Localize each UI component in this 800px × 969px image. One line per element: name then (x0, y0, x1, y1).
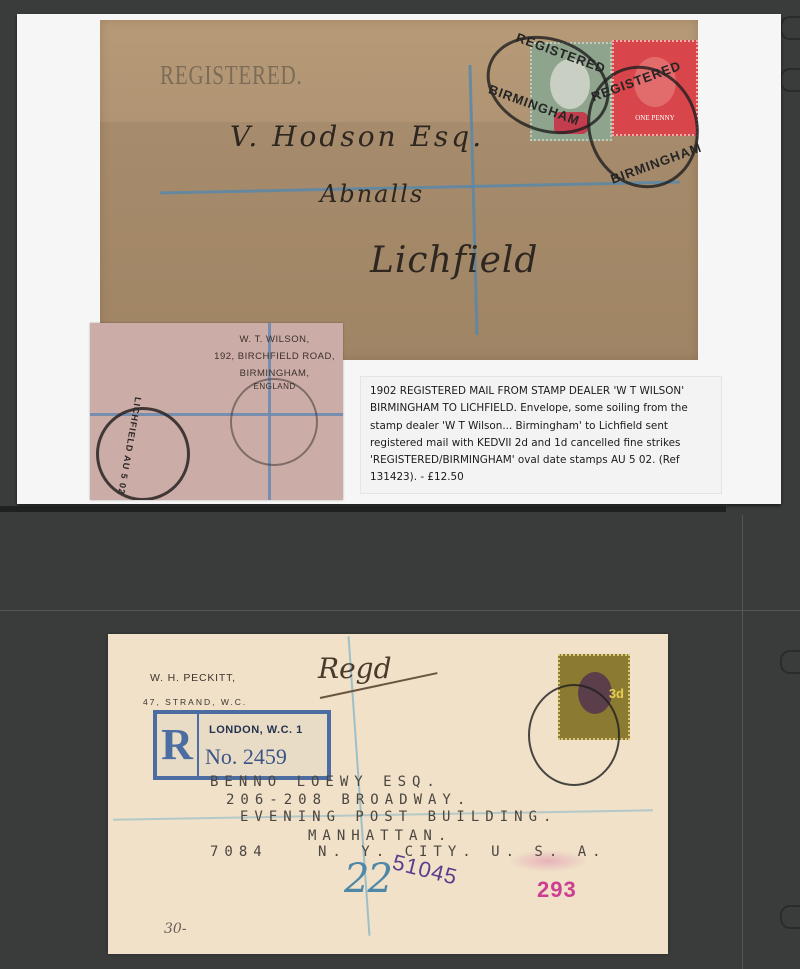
album-strip-divider (0, 610, 800, 611)
label-office: LONDON, W.C. 1 (209, 724, 303, 736)
typed-address-line: EVENING POST BUILDING. (240, 809, 557, 825)
album-strip-divider (742, 515, 743, 969)
label-number: No. 2459 (205, 744, 287, 770)
magenta-smudge (508, 850, 588, 872)
binder-hole (780, 16, 800, 40)
lot2-envelope[interactable]: W. H. PECKITT, 47, STRAND, W.C. Regd R L… (108, 634, 668, 954)
typed-address-line: BENNO LOEWY ESQ. (210, 774, 441, 790)
lot1-envelope-back[interactable]: W. T. WILSON, 192, BIRCHFIELD ROAD, BIRM… (90, 323, 343, 500)
circular-postmark (528, 684, 620, 786)
manuscript-number: 22 (344, 856, 391, 902)
pencil-price: 30- (164, 921, 187, 937)
sender-name: W. H. PECKITT, (150, 672, 236, 684)
typed-address-line: MANHATTAN. (308, 828, 452, 844)
sender-address: 47, STRAND, W.C. (143, 697, 247, 707)
sender-line: W. T. WILSON, (214, 331, 335, 348)
registration-r-icon: R (157, 714, 199, 776)
circular-postmark (96, 407, 190, 500)
handwritten-regd: Regd (318, 652, 392, 685)
album-page: REGISTERED. V. Hodson Esq. Abnalls Lichf… (0, 0, 800, 969)
binder-hole (780, 650, 800, 674)
typed-address-line: 7084 (210, 844, 268, 860)
lot-description-box: 1902 REGISTERED MAIL FROM STAMP DEALER '… (360, 376, 722, 494)
registered-handstamp: REGISTERED. (160, 60, 303, 91)
sender-line: 192, BIRCHFIELD ROAD, (214, 348, 335, 365)
card-shadow (0, 506, 726, 512)
stamp-value: 3d (609, 686, 624, 701)
magenta-number: 293 (537, 877, 577, 903)
circular-postmark (230, 378, 318, 466)
typed-address-line: 206-208 BROADWAY. (226, 792, 471, 808)
binder-hole (780, 68, 800, 92)
binder-hole (780, 905, 800, 929)
lot-description: 1902 REGISTERED MAIL FROM STAMP DEALER '… (370, 383, 720, 487)
registration-label: R LONDON, W.C. 1 No. 2459 (153, 710, 331, 780)
